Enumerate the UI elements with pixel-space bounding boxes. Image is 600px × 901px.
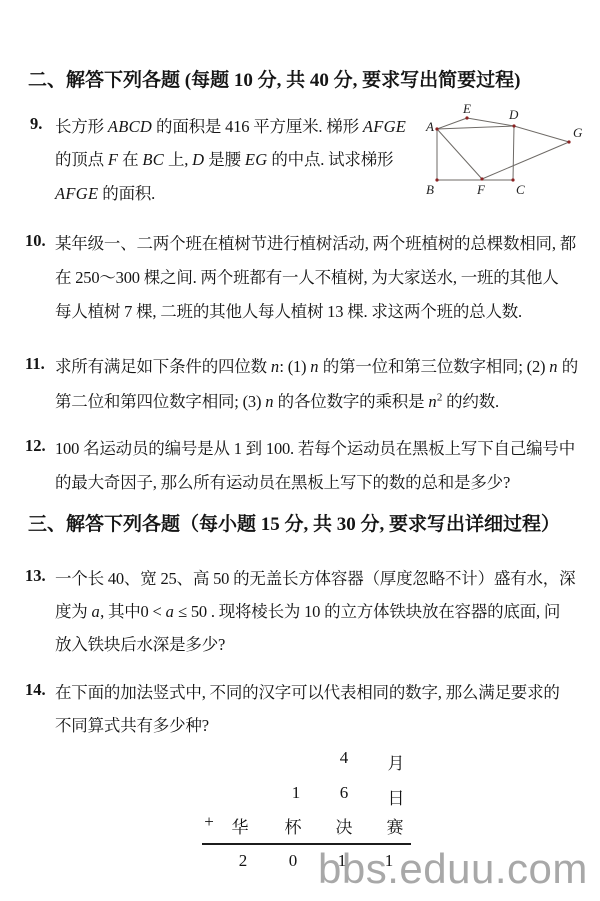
text-segment: 上, <box>164 150 192 169</box>
text-segment: 的顶点 <box>55 150 108 169</box>
problem-12-number: 12. <box>25 436 46 456</box>
text-segment: 求所有满足如下条件的四位数 <box>55 357 271 376</box>
point-label-d: D <box>508 107 519 122</box>
problem-14-line-2: 不同算式共有多少种? <box>55 712 209 736</box>
problem-10-line-1: 某年级一、二两个班在植树节进行植树活动, 两个班植树的总棵数相同, 都 <box>55 230 576 254</box>
exam-page: 二、解答下列各题 (每题 10 分, 共 40 分, 要求写出简要过程) 9. … <box>0 0 600 901</box>
problem-12-line-1: 100 名运动员的编号是从 1 到 100. 若每个运动员在黑板上写下自己编号中 <box>55 435 575 459</box>
problem-9-figure: A B C D E F G <box>424 104 596 200</box>
problem-10-line-3: 每人植树 7 棵, 二班的其他人每人植树 13 棵. 求这两个班的总人数. <box>55 298 522 322</box>
point-label-g: G <box>573 125 583 140</box>
addend-digit: 6 <box>340 783 349 803</box>
problem-10-number: 10. <box>25 231 46 251</box>
point-label-b: B <box>426 182 434 197</box>
point-label-a: A <box>425 119 434 134</box>
addend-char: 杯 <box>285 813 302 838</box>
problem-13-line-3: 放入铁块后水深是多少? <box>55 631 225 655</box>
problem-9-line-1: 长方形 ABCD 的面积是 416 平方厘米. 梯形 AFGE <box>55 113 406 137</box>
text-segment: 的面积. <box>98 184 155 203</box>
text-segment: F <box>108 150 118 169</box>
text-segment: : (1) <box>279 357 310 376</box>
watermark: bbs.eduu.com <box>318 845 588 893</box>
text-segment: 的各位数字的乘积是 <box>274 392 429 411</box>
trapezoid-rectangle-diagram: A B C D E F G <box>424 104 596 200</box>
text-segment: EG <box>245 150 268 169</box>
addend-char: 赛 <box>387 813 404 838</box>
addend-char: 月 <box>388 749 405 774</box>
text-segment: n <box>549 357 558 376</box>
point-label-e: E <box>462 104 471 116</box>
problem-13-number: 13. <box>25 566 46 586</box>
addend-char: 决 <box>336 813 353 838</box>
plus-sign: + <box>204 812 214 832</box>
text-segment: a <box>166 602 175 621</box>
problem-14-line-1: 在下面的加法竖式中, 不同的汉字可以代表相同的数字, 那么满足要求的 <box>55 679 560 703</box>
text-segment: AFGE <box>55 184 98 203</box>
point-label-f: F <box>476 182 486 197</box>
text-segment: 的第一位和第三位数字相同; (2) <box>319 357 549 376</box>
text-segment: ABCD <box>108 117 152 136</box>
text-segment: AFGE <box>363 117 406 136</box>
addend-digit: 1 <box>292 783 301 803</box>
problem-9-number: 9. <box>30 114 42 134</box>
point-label-c: C <box>516 182 525 197</box>
text-segment: n <box>265 392 274 411</box>
problem-13-line-1: 一个长 40、宽 25、高 50 的无盖长方体容器（厚度忽略不计）盛有水，深 <box>55 565 575 589</box>
text-segment: n <box>428 392 437 411</box>
problem-9-line-3: AFGE 的面积. <box>55 180 155 204</box>
sum-digit: 0 <box>289 851 298 871</box>
problem-11-number: 11. <box>25 354 45 374</box>
addend-char: 日 <box>388 784 405 809</box>
addend-char: 华 <box>232 813 249 838</box>
sum-digit: 1 <box>385 851 394 871</box>
text-segment: 的 <box>558 357 578 376</box>
addition-rule-line <box>202 843 411 845</box>
problem-11-line-1: 求所有满足如下条件的四位数 n: (1) n 的第一位和第三位数字相同; (2)… <box>55 353 578 377</box>
text-segment: , 其中0 < <box>100 602 165 621</box>
section-3-heading: 三、解答下列各题（每小题 15 分, 共 30 分, 要求写出详细过程） <box>28 509 560 536</box>
text-segment: 的面积是 416 平方厘米. 梯形 <box>152 117 363 136</box>
problem-14-number: 14. <box>25 680 46 700</box>
text-segment: 第二位和第四位数字相同; (3) <box>55 392 265 411</box>
text-segment: 在 <box>118 150 142 169</box>
problem-9-line-2: 的顶点 F 在 BC 上, D 是腰 EG 的中点. 试求梯形 <box>55 146 393 170</box>
text-segment: D <box>192 150 204 169</box>
section-2-heading: 二、解答下列各题 (每题 10 分, 共 40 分, 要求写出简要过程) <box>28 65 520 92</box>
text-segment: ≤ 50 . 现将棱长为 10 的立方体铁块放在容器的底面, 问 <box>174 602 560 621</box>
sum-digit: 2 <box>239 851 248 871</box>
text-segment: 的中点. 试求梯形 <box>267 150 393 169</box>
text-segment: BC <box>142 150 164 169</box>
text-segment: n <box>310 357 319 376</box>
problem-12-line-2: 的最大奇因子, 那么所有运动员在黑板上写下的数的总和是多少? <box>55 469 510 493</box>
text-segment: a <box>92 602 101 621</box>
text-segment: 长方形 <box>55 117 108 136</box>
problem-13-line-2: 度为 a, 其中0 < a ≤ 50 . 现将棱长为 10 的立方体铁块放在容器… <box>55 598 560 622</box>
addend-digit: 4 <box>340 748 349 768</box>
text-segment: 是腰 <box>204 150 244 169</box>
sum-digit: 1 <box>338 851 347 871</box>
problem-10-line-2: 在 250～300 棵之间. 两个班都有一人不植树, 为大家送水, 一班的其他人 <box>55 264 559 288</box>
problem-11-line-2: 第二位和第四位数字相同; (3) n 的各位数字的乘积是 n2 的约数. <box>55 388 499 412</box>
text-segment: 度为 <box>55 602 92 621</box>
text-segment: 的约数. <box>442 392 499 411</box>
